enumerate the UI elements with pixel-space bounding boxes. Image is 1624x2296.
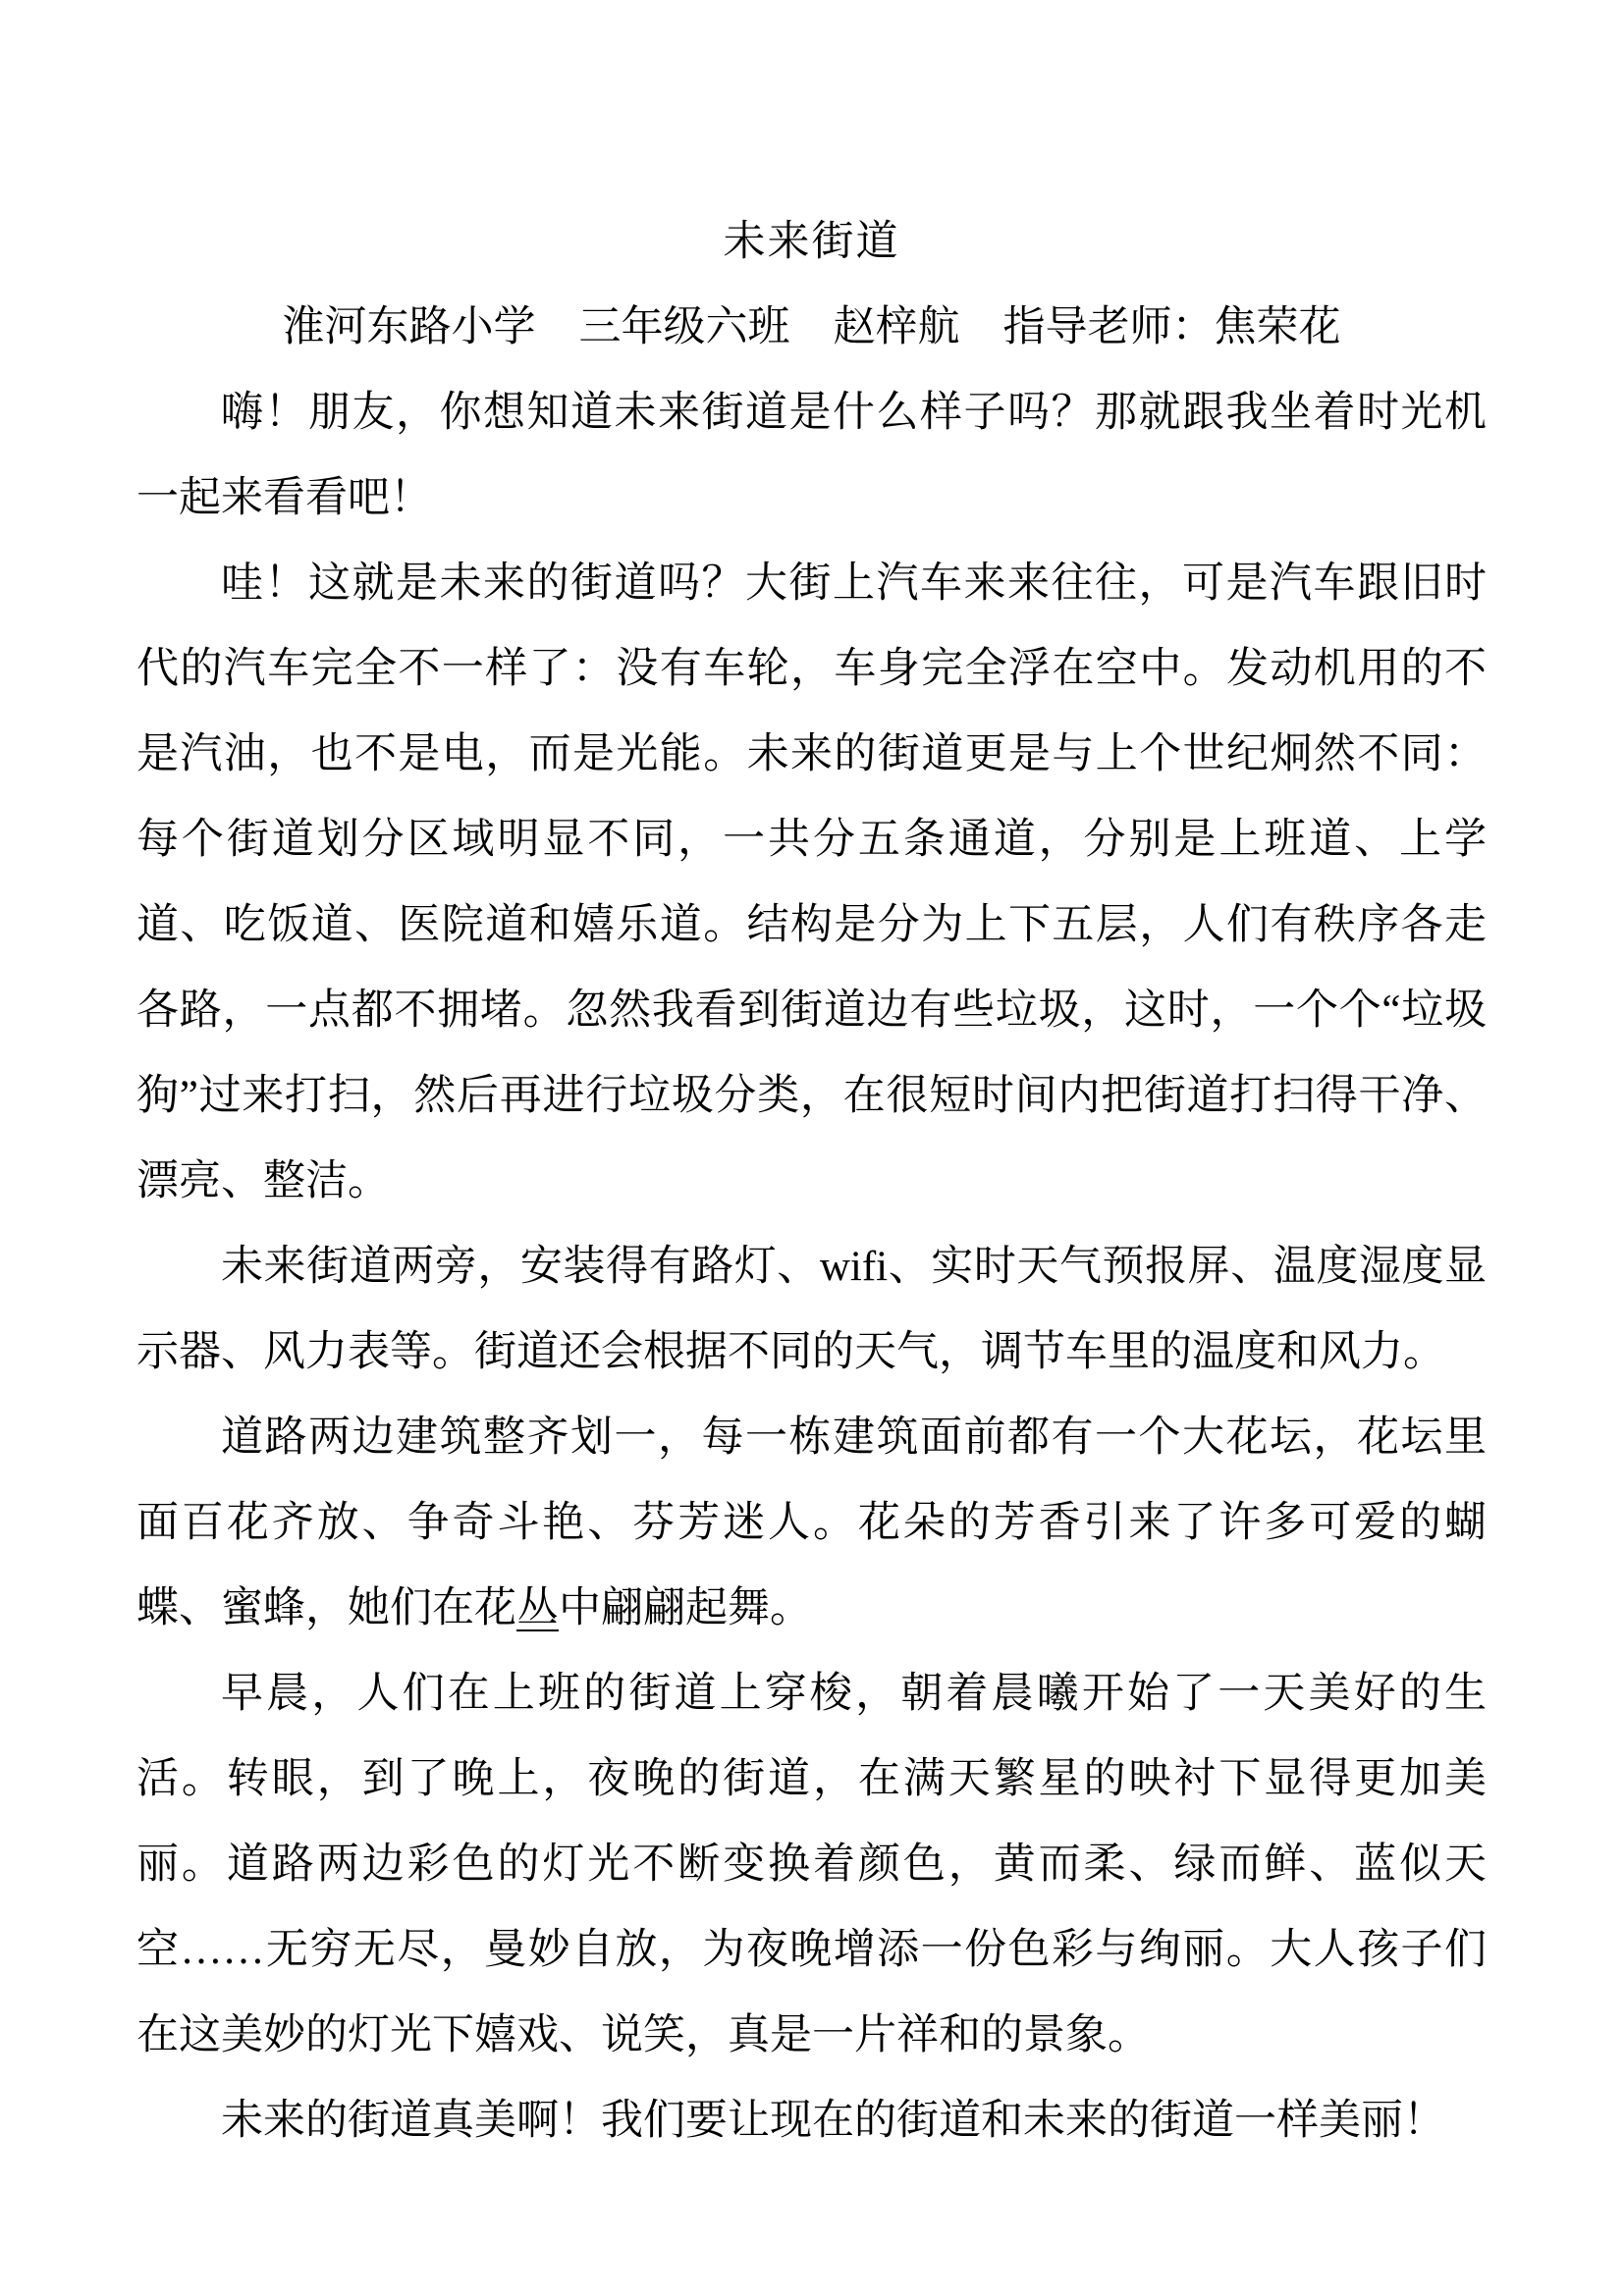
- byline-teacher: 指导老师：焦荣花: [1003, 285, 1341, 370]
- byline-school: 淮河东路小学: [283, 285, 536, 370]
- essay-title: 未来街道: [136, 199, 1487, 285]
- paragraph: 早晨，人们在上班的街道上穿梭，朝着晨曦开始了一天美好的生活。转眼，到了晚上，夜晚…: [136, 1651, 1487, 2078]
- byline: 淮河东路小学 三年级六班 赵梓航 指导老师：焦荣花: [136, 285, 1487, 370]
- paragraph: 未来的街道真美啊！我们要让现在的街道和未来的街道一样美丽！: [136, 2078, 1487, 2163]
- essay-body: 嗨！朋友，你想知道未来街道是什么样子吗？那就跟我坐着时光机一起来看看吧！ 哇！这…: [136, 370, 1487, 2163]
- document-page: 未来街道 淮河东路小学 三年级六班 赵梓航 指导老师：焦荣花 嗨！朋友，你想知道…: [0, 0, 1624, 2296]
- underlined-char: 丛: [516, 1585, 559, 1631]
- byline-grade-class: 三年级六班: [579, 285, 790, 370]
- paragraph: 未来街道两旁，安装得有路灯、wifi、实时天气预报屏、温度湿度显示器、风力表等。…: [136, 1224, 1487, 1395]
- paragraph: 嗨！朋友，你想知道未来街道是什么样子吗？那就跟我坐着时光机一起来看看吧！: [136, 370, 1487, 541]
- paragraph: 哇！这就是未来的街道吗？大街上汽车来来往往，可是汽车跟旧时代的汽车完全不一样了：…: [136, 541, 1487, 1224]
- byline-author: 赵梓航: [834, 285, 960, 370]
- paragraph: 道路两边建筑整齐划一，每一栋建筑面前都有一个大花坛，花坛里面百花齐放、争奇斗艳、…: [136, 1395, 1487, 1651]
